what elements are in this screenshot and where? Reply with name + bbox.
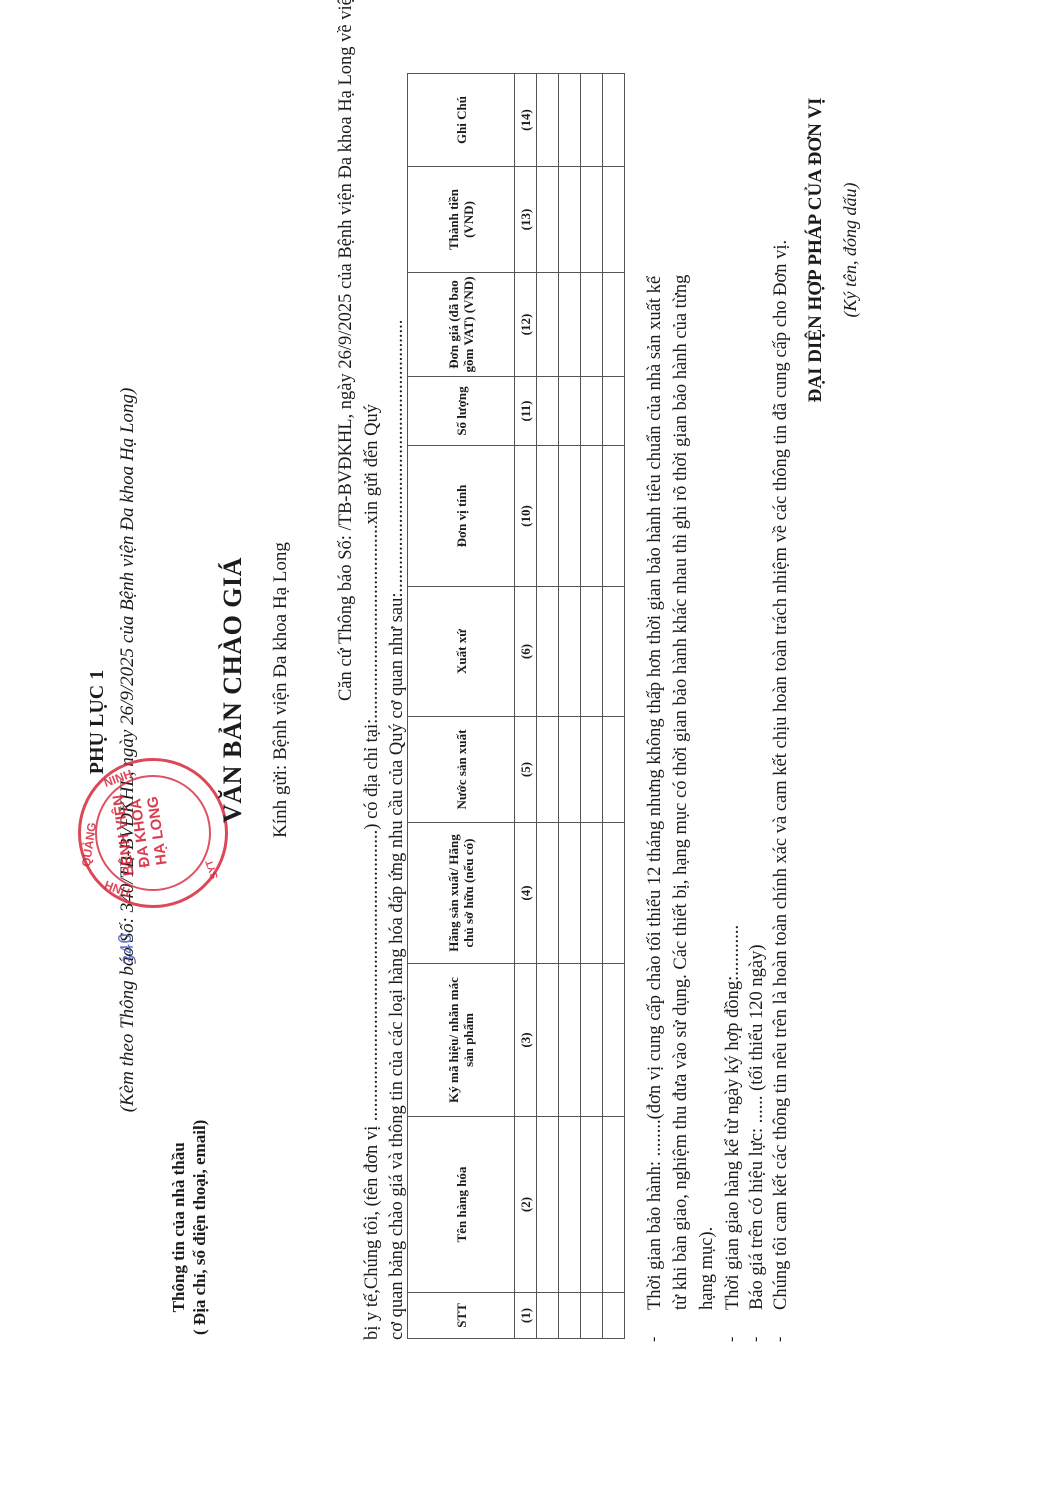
table-row — [559, 74, 581, 1339]
table-cell[interactable] — [559, 446, 581, 587]
table-cell[interactable] — [537, 167, 559, 273]
table-row — [537, 74, 559, 1339]
table-cell[interactable] — [603, 964, 625, 1117]
table-cell[interactable] — [581, 823, 603, 964]
table-cell[interactable] — [603, 1293, 625, 1339]
validity-note: Báo giá trên có hiệu lực: ...... (tối th… — [745, 944, 770, 1310]
table-cell[interactable] — [559, 167, 581, 273]
table-cell[interactable] — [581, 273, 603, 377]
column-header: Ký mã hiệu/ nhãn mác sản phẩm — [408, 964, 515, 1117]
contractor-info-label: Thông tin của nhà thầu — [168, 1120, 189, 1335]
table-cell[interactable] — [559, 273, 581, 377]
table-cell[interactable] — [603, 446, 625, 587]
table-cell[interactable] — [581, 717, 603, 823]
column-number: (5) — [515, 717, 537, 823]
table-row — [581, 74, 603, 1339]
signature-note: (Ký tên, đóng dấu) — [840, 60, 861, 440]
document-subtitle: (Kèm theo Thông báo Số: 340/TB-BVĐKHL, n… — [117, 250, 139, 1250]
column-number: (11) — [515, 377, 537, 446]
column-number: (10) — [515, 446, 537, 587]
column-number: (6) — [515, 587, 537, 717]
table-cell[interactable] — [537, 1117, 559, 1293]
table-cell[interactable] — [537, 377, 559, 446]
column-number: (14) — [515, 74, 537, 167]
column-header: Số lượng — [408, 377, 515, 446]
table-cell[interactable] — [559, 717, 581, 823]
table-cell[interactable] — [603, 377, 625, 446]
table-cell[interactable] — [559, 377, 581, 446]
table-cell[interactable] — [581, 446, 603, 587]
column-header: Xuất xứ — [408, 587, 515, 717]
column-header: Đơn vị tính — [408, 446, 515, 587]
table-cell[interactable] — [581, 1117, 603, 1293]
column-header: Thành tiền (VND) — [408, 167, 515, 273]
table-cell[interactable] — [537, 1293, 559, 1339]
table-cell[interactable] — [581, 587, 603, 717]
table-header-row: STTTên hàng hóaKý mã hiệu/ nhãn mác sản … — [408, 74, 515, 1339]
column-header: Tên hàng hóa — [408, 1117, 515, 1293]
table-cell[interactable] — [581, 74, 603, 167]
document-page: PHỤ LỤC 1 (Kèm theo Thông báo Số: 340/TB… — [0, 0, 1061, 1500]
table-cell[interactable] — [537, 587, 559, 717]
warranty-note: hạng mục). — [695, 1227, 720, 1310]
delivery-note: Thời gian giao hàng kể từ ngày ký hợp đồ… — [721, 925, 746, 1310]
table-cell[interactable] — [581, 964, 603, 1117]
column-number: (1) — [515, 1293, 537, 1339]
table-column-number-row: (1)(2)(3)(4)(5)(6)(10)(11)(12)(13)(14) — [515, 74, 537, 1339]
table-cell[interactable] — [537, 273, 559, 377]
table-cell[interactable] — [603, 587, 625, 717]
table-row — [603, 74, 625, 1339]
column-header: STT — [408, 1293, 515, 1339]
table-cell[interactable] — [559, 964, 581, 1117]
table-cell[interactable] — [559, 1117, 581, 1293]
document-title: VĂN BẢN CHÀO GIÁ — [218, 440, 248, 940]
contractor-info-hint: ( Địa chỉ, số điện thoại, email) — [189, 1120, 210, 1335]
column-header: Nước sản xuất — [408, 717, 515, 823]
bullet-dash: - — [645, 1337, 663, 1342]
table-cell[interactable] — [559, 74, 581, 167]
column-header: Hãng sản xuất/ Hãng chủ sở hữu (nếu có) — [408, 823, 515, 964]
column-number: (4) — [515, 823, 537, 964]
official-stamp: QUẢNG NINH TỈNH SYT BỆNH VIỆN ĐA KHOA HẠ… — [78, 758, 228, 908]
table-cell[interactable] — [603, 823, 625, 964]
table-cell[interactable] — [559, 823, 581, 964]
price-quote-table: STTTên hàng hóaKý mã hiệu/ nhãn mác sản … — [407, 73, 625, 1339]
column-number: (2) — [515, 1117, 537, 1293]
bullet-dash: - — [747, 1337, 765, 1342]
intro-paragraph-line: Căn cứ Thông báo Số: /TB-BVĐKHL, ngày 26… — [333, 0, 359, 701]
column-number: (12) — [515, 273, 537, 377]
table-cell[interactable] — [537, 823, 559, 964]
bullet-dash: - — [723, 1337, 741, 1342]
table-cell[interactable] — [603, 273, 625, 377]
table-cell[interactable] — [603, 167, 625, 273]
bullet-dash: - — [771, 1337, 789, 1342]
recipient-line: Kính gửi: Bệnh viện Đa khoa Hạ Long — [270, 440, 292, 940]
signature-title: ĐẠI DIỆN HỢP PHÁP CỦA ĐƠN VỊ — [805, 60, 827, 440]
table-cell[interactable] — [581, 167, 603, 273]
warranty-note: từ khi bàn giao, nghiệm thu đưa vào sử d… — [669, 275, 694, 1310]
table-cell[interactable] — [603, 717, 625, 823]
commitment-note: Chúng tôi cam kết các thông tin nêu trên… — [769, 240, 794, 1310]
table-cell[interactable] — [537, 446, 559, 587]
table-cell[interactable] — [537, 964, 559, 1117]
table-cell[interactable] — [581, 377, 603, 446]
column-number: (3) — [515, 964, 537, 1117]
column-header: Ghi Chú — [408, 74, 515, 167]
warranty-note: Thời gian bảo hành: ........(đơn vị cung… — [643, 276, 668, 1310]
table-cell[interactable] — [559, 1293, 581, 1339]
intro-paragraph-line: bị y tế,Chúng tôi, (tên đơn vị .........… — [359, 404, 385, 1340]
table-cell[interactable] — [559, 587, 581, 717]
table-cell[interactable] — [603, 74, 625, 167]
table-cell[interactable] — [537, 74, 559, 167]
column-number: (13) — [515, 167, 537, 273]
column-header: Đơn giá (đã bao gồm VAT) (VND) — [408, 273, 515, 377]
contractor-info-block: Thông tin của nhà thầu ( Địa chỉ, số điệ… — [168, 1120, 210, 1335]
table-cell[interactable] — [537, 717, 559, 823]
table-cell[interactable] — [603, 1117, 625, 1293]
table-cell[interactable] — [581, 1293, 603, 1339]
